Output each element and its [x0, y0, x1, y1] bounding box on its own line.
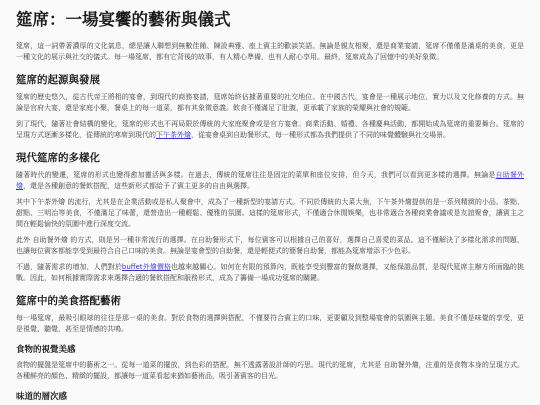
article-page: 筵席：一場宴饗的藝術與儀式 筵席，這一詞帶著濃厚的文化氣息，總是讓人聯想到無數佳… — [0, 11, 540, 402]
text-segment: 其中下午茶外燴 的流行，尤其是在企業活動或是私人聚會中，成為了一種新型的宴請方式… — [16, 198, 524, 228]
subsection-heading-taste-layers: 味道的層次感 — [16, 392, 524, 402]
paragraph-origins-2: 到了現代，隨著社會結構的變化，筵席的形式也不再局限於傳統的大家庭聚會或是官方宴會… — [16, 119, 524, 141]
text-segment: ，還是各種創意的餐飲搭配，這些新形式都給予了賓主更多的自由與選擇。 — [23, 182, 254, 190]
inline-link[interactable]: buffet外燴價格 — [122, 263, 171, 271]
section-heading-diversity: 現代筵席的多樣化 — [16, 152, 524, 164]
article-title: 筵席：一場宴饗的藝術與儀式 — [16, 11, 524, 29]
banquet-article: 筵席：一場宴饗的藝術與儀式 筵席，這一詞帶著濃厚的文化氣息，總是讓人聯想到無數佳… — [0, 11, 540, 402]
text-segment: 隨著時代的變遷，筵席的形式也變得愈加靈活與多樣。在過去，傳統的筵席往往是固定的菜… — [16, 171, 496, 179]
subsection-heading-visual-beauty: 食物的視覺美感 — [16, 345, 524, 355]
intro-paragraph: 筵席，這一詞帶著濃厚的文化氣息，總是讓人聯想到無數佳餚、陳設典雅、座上賓主的歡談… — [16, 41, 524, 63]
paragraph-diversity-1: 隨著時代的變遷，筵席的形式也變得愈加靈活與多樣。在過去，傳統的筵席往往是固定的菜… — [16, 170, 524, 192]
paragraph-diversity-2: 其中下午茶外燴 的流行，尤其是在企業活動或是私人聚會中，成為了一種新型的宴請方式… — [16, 197, 524, 230]
section-heading-food-pairing: 筵席中的美食搭配藝術 — [16, 295, 524, 307]
paragraph-food-pairing-1: 每一場筵席，最吸引眼球的往往是那一桌的美食。對於食物的選擇與搭配，不僅要符合賓主… — [16, 313, 524, 335]
text-segment: 每一場筵席，最吸引眼球的往往是那一桌的美食。對於食物的選擇與搭配，不僅要符合賓主… — [16, 314, 524, 333]
text-segment: 筵席的歷史悠久，從古代帝王將相的宴會，到現代的商務宴請，筵席始終佔據著重要的社交… — [16, 93, 524, 112]
paragraph-origins-1: 筵席的歷史悠久，從古代帝王將相的宴會，到現代的商務宴請，筵席始終佔據著重要的社交… — [16, 92, 524, 114]
text-segment: 不過，隨著需求的增加，人們對於 — [16, 263, 122, 271]
text-segment: 筵席，這一詞帶著濃厚的文化氣息，總是讓人聯想到無數佳餚、陳設典雅、座上賓主的歡談… — [16, 42, 524, 61]
text-segment: 食物的擺盤是筵席中的藝術之一。從每一道菜的擺放，到色彩的搭配，無不透露著設計師的… — [16, 361, 524, 380]
text-segment: 此外 自助餐外燴 的方式，則是另一種非常流行的選擇。在自助餐形式下，每位賓客可以… — [16, 236, 524, 255]
paragraph-diversity-3: 此外 自助餐外燴 的方式，則是另一種非常流行的選擇。在自助餐形式下，每位賓客可以… — [16, 235, 524, 257]
section-heading-origins: 筵席的起源與發展 — [16, 74, 524, 86]
inline-link[interactable]: 下午茶外燴 — [156, 131, 191, 139]
text-segment: ，從宴會桌到自助餐形式，每一種形式都為我們提供了不同的味覺體驗與社交場景。 — [191, 131, 450, 139]
paragraph-diversity-4: 不過，隨著需求的增加，人們對於buffet外燴價格也越來越關心。如何在有限的預算… — [16, 262, 524, 284]
paragraph-visual-beauty-1: 食物的擺盤是筵席中的藝術之一。從每一道菜的擺放，到色彩的搭配，無不透露著設計師的… — [16, 360, 524, 382]
